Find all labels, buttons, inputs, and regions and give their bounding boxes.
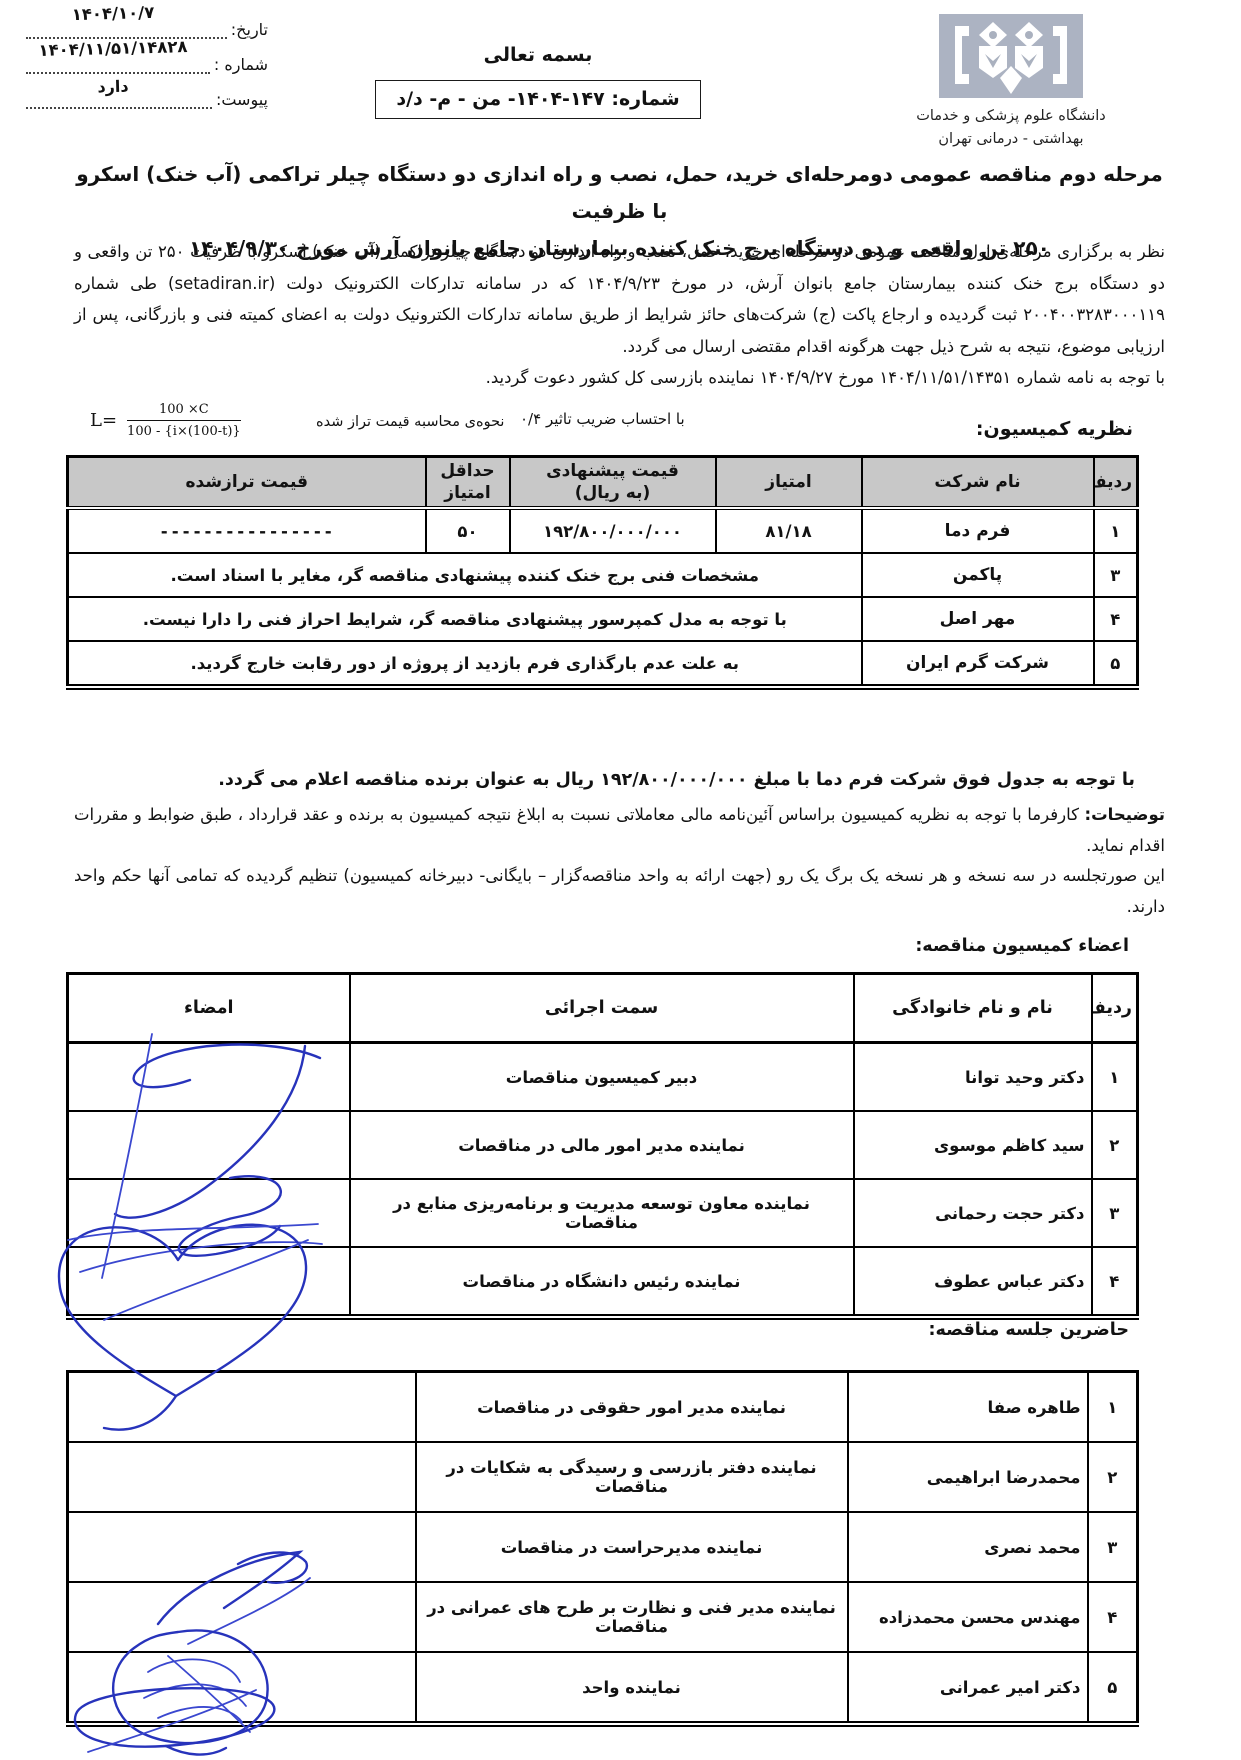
offers-header-min-l2: امتیاز	[431, 482, 505, 504]
center-header: بسمه تعالی شماره: ۱۴۷-۱۴۰۴- من - م- د/د	[348, 44, 728, 119]
notes-employer-text: کارفرما با توجه به نظریه کمیسیون براساس …	[74, 805, 1165, 855]
attachment-label: پیوست:	[212, 90, 268, 109]
attendee-name: محمد نصری	[848, 1512, 1088, 1582]
member-no: ۳	[1092, 1179, 1138, 1247]
notes-label: توضیحات:	[1085, 805, 1166, 824]
member-name: دکتر وحید توانا	[854, 1043, 1092, 1112]
attendee-no: ۱	[1088, 1372, 1138, 1443]
formula-denominator: 100 - {i×(100-t)}	[127, 421, 241, 439]
member-no: ۴	[1092, 1247, 1138, 1317]
attendee-role: نماینده مدیر فنی و نظارت بر طرح های عمرا…	[416, 1582, 848, 1652]
leveled-price-method-label: نحوه‌ی محاسبه قیمت تراز شده	[316, 414, 504, 430]
number-dots	[26, 58, 210, 74]
offers-header-min-score: حداقل امتیاز	[426, 457, 510, 509]
offers-header-row: ردیف نام شرکت امتیاز قیمت پیشنهادی (به ر…	[68, 457, 1138, 509]
table-row: ۴ مهر اصل با توجه به مدل کمپرسور پیشنهاد…	[68, 597, 1138, 641]
members-header-no: ردیف	[1092, 974, 1138, 1043]
members-header-name: نام و نام خانوادگی	[854, 974, 1092, 1043]
offer-company: فرم دما	[862, 508, 1094, 553]
offer-score: ۸۱/۱۸	[716, 508, 862, 553]
attendee-role: نماینده واحد	[416, 1652, 848, 1724]
document-number-box: شماره: ۱۴۷-۱۴۰۴- من - م- د/د	[375, 80, 700, 119]
attendee-name: محمدرضا ابراهیمی	[848, 1442, 1088, 1512]
letter-meta: تاریخ: ۱۴۰۴/۱۰/۷ شماره : ۱۴۰۴/۱۱/۵۱/۱۴۸۲…	[26, 20, 268, 125]
leveled-price-formula: L= 100 ×C 100 - {i×(100-t)}	[90, 402, 241, 439]
member-signature-cell	[68, 1111, 350, 1179]
offer-rejection-note: به علت عدم بارگذاری فرم بازدید از پروژه …	[68, 641, 862, 687]
member-signature-cell	[68, 1179, 350, 1247]
winner-announcement: با توجه به جدول فوق شرکت فرم دما با مبلغ…	[90, 770, 1135, 790]
number-label: شماره :	[210, 55, 268, 74]
date-value: ۱۴۰۴/۱۰/۷	[28, 2, 198, 25]
offers-header-company: نام شرکت	[862, 457, 1094, 509]
attendees-section-heading: حاضرین جلسه مناقصه:	[928, 1320, 1129, 1340]
table-row: ۵ دکتر امیر عمرانی نماینده واحد	[68, 1652, 1138, 1724]
document-page: تاریخ: ۱۴۰۴/۱۰/۷ شماره : ۱۴۰۴/۱۱/۵۱/۱۴۸۲…	[0, 0, 1241, 1760]
offers-header-price: قیمت پیشنهادی (به ریال)	[510, 457, 716, 509]
member-signature-cell	[68, 1247, 350, 1317]
inspection-invite-line: با توجه به نامه شماره ۱۴۰۴/۱۱/۵۱/۱۴۳۵۱ م…	[74, 362, 1165, 394]
attendee-signature-cell	[68, 1512, 416, 1582]
offer-row-no: ۴	[1094, 597, 1138, 641]
offers-header-price-l1: قیمت پیشنهادی	[515, 460, 711, 482]
offer-company: مهر اصل	[862, 597, 1094, 641]
offer-row-no: ۳	[1094, 553, 1138, 597]
notes-paragraph: توضیحات: کارفرما با توجه به نظریه کمیسیو…	[74, 800, 1165, 861]
table-row: ۳ محمد نصری نماینده مدیرحراست در مناقصات	[68, 1512, 1138, 1582]
offers-header-price-l2: (به ریال)	[515, 482, 711, 504]
members-section-heading: اعضاء کمیسیون مناقصه:	[915, 936, 1129, 956]
attendee-name: دکتر امیر عمرانی	[848, 1652, 1088, 1724]
member-no: ۲	[1092, 1111, 1138, 1179]
table-row: ۵ شرکت گرم ایران به علت عدم بارگذاری فرم…	[68, 641, 1138, 687]
members-header-role: سمت اجرائی	[350, 974, 854, 1043]
offer-row-no: ۵	[1094, 641, 1138, 687]
table-row: ۴ دکتر عباس عطوف نماینده رئیس دانشگاه در…	[68, 1247, 1138, 1317]
meta-date: تاریخ: ۱۴۰۴/۱۰/۷	[26, 20, 268, 39]
attendee-no: ۴	[1088, 1582, 1138, 1652]
table-row: ۱ فرم دما ۸۱/۱۸ ۱۹۲/۸۰۰/۰۰۰/۰۰۰ ۵۰ -----…	[68, 508, 1138, 553]
title-line-1: مرحله دوم مناقصه عمومی دومرحله‌ای خرید، …	[70, 156, 1169, 230]
offers-header-min-l1: حداقل	[431, 460, 505, 482]
member-role: نماینده معاون توسعه مدیریت و برنامه‌ریزی…	[350, 1179, 854, 1247]
attendee-role: نماینده مدیر امور حقوقی در مناقصات	[416, 1372, 848, 1443]
members-header-row: ردیف نام و نام خانوادگی سمت اجرائی امضاء	[68, 974, 1138, 1043]
attendee-signature-cell	[68, 1652, 416, 1724]
attendee-no: ۵	[1088, 1652, 1138, 1724]
table-row: ۳ دکتر حجت رحمانی نماینده معاون توسعه مد…	[68, 1179, 1138, 1247]
offers-header-row-no: ردیف	[1094, 457, 1138, 509]
intro-paragraph-block: نظر به برگزاری مرحله‌ی اول مناقصه عمومی …	[74, 236, 1165, 394]
member-name: دکتر حجت رحمانی	[854, 1179, 1092, 1247]
attendees-table: ۱ طاهره صفا نماینده مدیر امور حقوقی در م…	[66, 1370, 1139, 1727]
attendee-role: نماینده مدیرحراست در مناقصات	[416, 1512, 848, 1582]
attendee-name: مهندس محسن محمدزاده	[848, 1582, 1088, 1652]
date-label: تاریخ:	[227, 20, 268, 39]
offer-rejection-note: با توجه به مدل کمپرسور پیشنهادی مناقصه گ…	[68, 597, 862, 641]
table-row: ۴ مهندس محسن محمدزاده نماینده مدیر فنی و…	[68, 1582, 1138, 1652]
table-row: ۱ طاهره صفا نماینده مدیر امور حقوقی در م…	[68, 1372, 1138, 1443]
table-row: ۲ سید کاظم موسوی نماینده مدیر امور مالی …	[68, 1111, 1138, 1179]
besmellah-text: بسمه تعالی	[348, 44, 728, 66]
attendee-role: نماینده دفتر بازرسی و رسیدگی به شکایات د…	[416, 1442, 848, 1512]
intro-paragraph: نظر به برگزاری مرحله‌ی اول مناقصه عمومی …	[74, 236, 1165, 362]
offer-leveled-price: ----------------	[68, 508, 426, 553]
table-row: ۱ دکتر وحید توانا دبیر کمیسیون مناقصات	[68, 1043, 1138, 1112]
meta-attachment: پیوست: دارد	[26, 90, 268, 109]
attendee-no: ۲	[1088, 1442, 1138, 1512]
offer-rejection-note: مشخصات فنی برج خنک کننده پیشنهادی مناقصه…	[68, 553, 862, 597]
offer-company: شرکت گرم ایران	[862, 641, 1094, 687]
offer-company: پاکمن	[862, 553, 1094, 597]
members-table: ردیف نام و نام خانوادگی سمت اجرائی امضاء…	[66, 972, 1139, 1320]
coefficient-label: با احتساب ضریب تاثیر ۰/۴	[520, 410, 685, 428]
org-name-line2: بهداشتی - درمانی تهران	[916, 129, 1106, 150]
table-row: ۳ پاکمن مشخصات فنی برج خنک کننده پیشنهاد…	[68, 553, 1138, 597]
attendee-no: ۳	[1088, 1512, 1138, 1582]
offer-price: ۱۹۲/۸۰۰/۰۰۰/۰۰۰	[510, 508, 716, 553]
member-signature-cell	[68, 1043, 350, 1112]
org-name-line1: دانشگاه علوم پزشکی و خدمات	[916, 106, 1106, 127]
formula-fraction: 100 ×C 100 - {i×(100-t)}	[127, 402, 241, 439]
offers-header-leveled: قیمت ترازشده	[68, 457, 426, 509]
notes-block: توضیحات: کارفرما با توجه به نظریه کمیسیو…	[74, 800, 1165, 922]
commission-opinion-heading: نظریه کمیسیون:	[976, 418, 1133, 440]
attendee-name: طاهره صفا	[848, 1372, 1088, 1443]
attendee-signature-cell	[68, 1582, 416, 1652]
university-logo-icon	[931, 8, 1091, 104]
copies-paragraph: این صورتجلسه در سه نسخه و هر نسخه یک برگ…	[74, 861, 1165, 922]
number-value: ۱۴۰۴/۱۱/۵۱/۱۴۸۲۸	[28, 37, 198, 60]
meta-number: شماره : ۱۴۰۴/۱۱/۵۱/۱۴۸۲۸	[26, 55, 268, 74]
offer-row-no: ۱	[1094, 508, 1138, 553]
member-name: دکتر عباس عطوف	[854, 1247, 1092, 1317]
member-role: دبیر کمیسیون مناقصات	[350, 1043, 854, 1112]
attendee-signature-cell	[68, 1372, 416, 1443]
member-role: نماینده مدیر امور مالی در مناقصات	[350, 1111, 854, 1179]
attendee-signature-cell	[68, 1442, 416, 1512]
formula-numerator: 100 ×C	[127, 402, 241, 421]
table-row: ۲ محمدرضا ابراهیمی نماینده دفتر بازرسی و…	[68, 1442, 1138, 1512]
member-name: سید کاظم موسوی	[854, 1111, 1092, 1179]
university-logo-block: دانشگاه علوم پزشکی و خدمات بهداشتی - درم…	[916, 8, 1106, 150]
offers-table: ردیف نام شرکت امتیاز قیمت پیشنهادی (به ر…	[66, 455, 1139, 690]
member-role: نماینده رئیس دانشگاه در مناقصات	[350, 1247, 854, 1317]
formula-lhs: L=	[90, 410, 117, 431]
members-header-sign: امضاء	[68, 974, 350, 1043]
offers-header-score: امتیاز	[716, 457, 862, 509]
offer-min-score: ۵۰	[426, 508, 510, 553]
member-no: ۱	[1092, 1043, 1138, 1112]
